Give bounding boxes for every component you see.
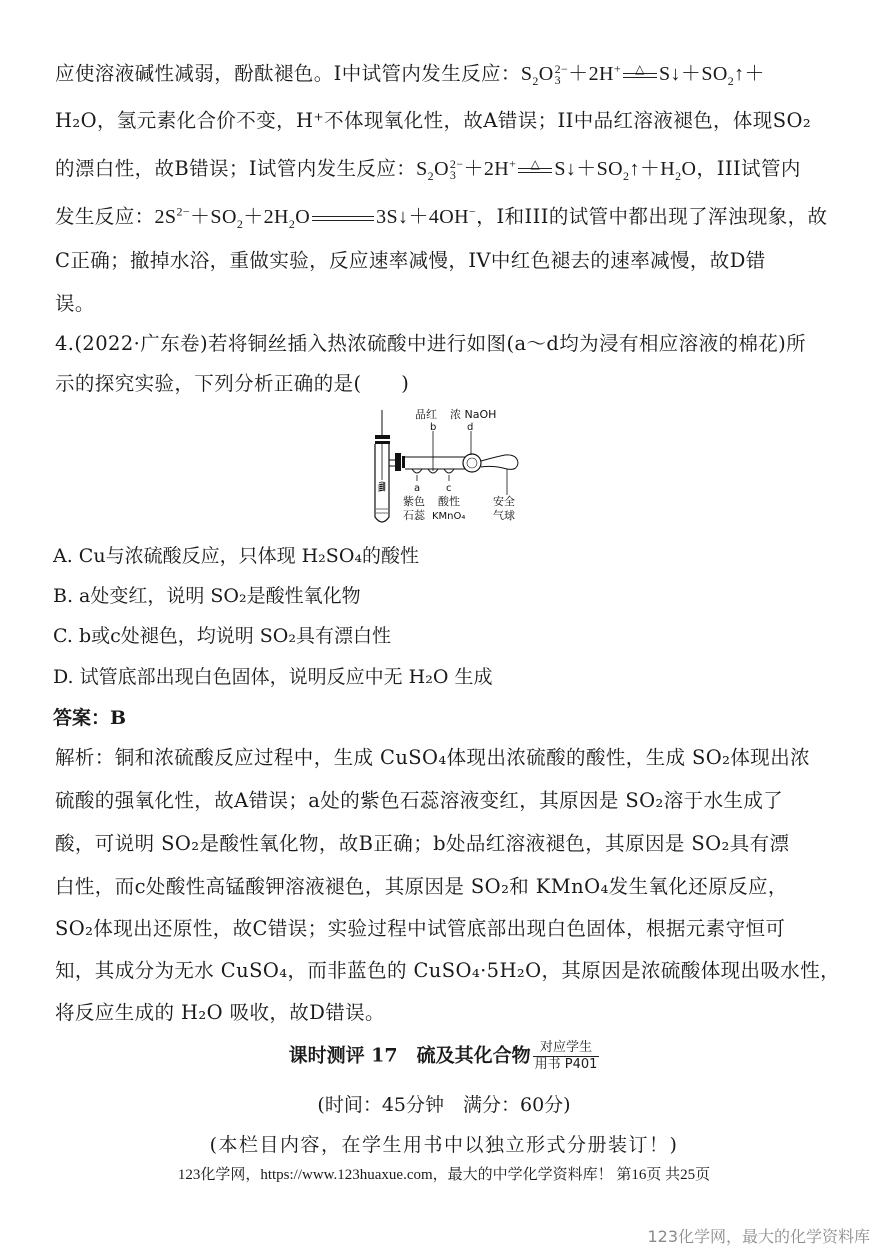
text: C正确；撤掉水浴，重做实验，反应速率减慢，IV中红色褪去的速率减慢，故D错 (55, 249, 766, 272)
explanation-line-2: H₂O，氢元素化合价不变，H⁺不体现氧化性，故A错误；II中品红溶液褪色，体现S… (55, 107, 835, 135)
letter-c: c (446, 483, 452, 494)
section-title-text: 课时测评 17 硫及其化合物 (289, 1045, 531, 1067)
text: I和III的试管中都出现了浑浊现象，故 (497, 205, 828, 228)
question-stem: 若将铜丝插入热浓硫酸中进行如图(a～d均为浸有相应溶液的棉花)所 (208, 332, 806, 355)
text: 示的探究实验，下列分析正确的是( ) (55, 372, 409, 395)
text: III试管内 (717, 157, 801, 180)
equation-sulfide: 2S2−＋SO2＋2H2O3S↓＋4OH−， (155, 206, 497, 228)
label-balloon: 气球 (493, 508, 515, 522)
text: 应使溶液碱性减弱，酚酞褪色。I中试管内发生反应： (55, 62, 521, 85)
analysis-line-1: 解析：铜和浓硫酸反应过程中，生成 CuSO₄体现出浓硫酸的酸性，生成 SO₂体现… (55, 744, 835, 772)
question-stem-line-2: 示的探究实验，下列分析正确的是( ) (55, 370, 835, 398)
explanation-line-6: 误。 (55, 290, 835, 318)
text: H₂O，氢元素化合价不变，H⁺不体现氧化性，故A错误；II中品红溶液褪色，体现S… (55, 109, 811, 132)
explanation-line-3: 的漂白性，故B错误；I试管内发生反应：S2O2−3＋2H+△S↓＋SO2↑＋H2… (55, 155, 835, 183)
label-acidic: 酸性 (438, 494, 460, 508)
document-page: 应使溶液碱性减弱，酚酞褪色。I中试管内发生反应：S2O2−3＋2H+△S↓＋SO… (0, 0, 888, 1255)
analysis-line-4: 白性，而c处酸性高锰酸钾溶液褪色，其原因是 SO₂和 KMnO₄发生氧化还原反应… (55, 873, 835, 901)
explanation-line-5: C正确；撤掉水浴，重做实验，反应速率减慢，IV中红色褪去的速率减慢，故D错 (55, 247, 835, 275)
watermark: 123化学网，最大的化学资料库 (647, 1224, 870, 1247)
label-kmno4: KMnO₄ (432, 511, 465, 522)
analysis-line-3: 酸，可说明 SO₂是酸性氧化物，故B正确；b处品红溶液褪色，其原因是 SO₂具有… (55, 830, 835, 858)
letter-a: a (414, 483, 420, 494)
explanation-line-4: 发生反应：2S2−＋SO2＋2H2O3S↓＋4OH−，I和III的试管中都出现了… (55, 203, 835, 231)
binding-note: (本栏目内容，在学生用书中以独立形式分册装订！) (0, 1130, 888, 1157)
letter-b: b (430, 422, 436, 433)
ref-bottom: 用书 P401 (533, 1057, 600, 1073)
analysis-line-5: SO₂体现出还原性，故C错误；实验过程中试管底部出现白色固体，根据元素守恒可 (55, 915, 835, 943)
question-number: 4. (55, 332, 74, 355)
label-pinhong: 品红 (415, 408, 437, 421)
option-d: D. 试管底部出现白色固体，说明反应中无 H₂O 生成 (53, 663, 492, 691)
ref-top: 对应学生 (533, 1040, 600, 1057)
answer-value: B (110, 707, 126, 729)
letter-d: d (467, 422, 473, 433)
option-a: A. Cu与浓硫酸反应，只体现 H₂SO₄的酸性 (53, 542, 419, 570)
option-c: C. b或c处褪色，均说明 SO₂具有漂白性 (53, 622, 391, 650)
option-b: B. a处变红，说明 SO₂是酸性氧化物 (53, 582, 361, 610)
answer-label: 答案： (53, 707, 110, 729)
text: 发生反应： (55, 205, 155, 228)
heat-equal-sign-icon: △ (518, 163, 552, 177)
question-source: (2022·广东卷) (74, 332, 208, 355)
section-title: 课时测评 17 硫及其化合物对应学生用书 P401 (0, 1040, 888, 1073)
equation-thiosulfate-2: S2O2−3＋2H+△S↓＋SO2↑＋H2O， (416, 158, 717, 180)
book-reference: 对应学生用书 P401 (533, 1040, 600, 1073)
equal-sign-icon (312, 211, 374, 225)
heat-equal-sign-icon: △ (623, 68, 657, 82)
text: 误。 (55, 292, 95, 315)
label-litmus: 石蕊 (403, 508, 426, 522)
explanation-line-1: 应使溶液碱性减弱，酚酞褪色。I中试管内发生反应：S2O2−3＋2H+△S↓＋SO… (55, 60, 835, 88)
question-stem-line-1: 4.(2022·广东卷)若将铜丝插入热浓硫酸中进行如图(a～d均为浸有相应溶液的… (55, 330, 835, 358)
analysis-line-2: 硫酸的强氧化性，故A错误；a处的紫色石蕊溶液变红，其原因是 SO₂溶于水生成了 (55, 787, 835, 815)
analysis-line-7: 将反应生成的 H₂O 吸收，故D错误。 (55, 999, 835, 1027)
label-purple: 紫色 (403, 494, 425, 508)
text: 的漂白性，故B错误；I试管内发生反应： (55, 157, 416, 180)
label-safety: 安全 (493, 494, 515, 508)
equation-thiosulfate: S2O2−3＋2H+△S↓＋SO2↑＋ (521, 63, 765, 85)
time-info: (时间：45分钟 满分：60分) (0, 1090, 888, 1117)
analysis-line-6: 知，其成分为无水 CuSO₄，而非蓝色的 CuSO₄·5H₂O，其原因是浓硫酸体… (55, 957, 835, 985)
label-naoh: 浓 NaOH (450, 407, 496, 421)
page-footer: 123化学网，https://www.123huaxue.com，最大的中学化学… (0, 1163, 888, 1184)
answer-line: 答案：B (53, 704, 126, 732)
apparatus-diagram: 品红 浓 NaOH b d a c 紫色 石蕊 酸性 KMnO₄ 安全 气球 (355, 405, 535, 530)
